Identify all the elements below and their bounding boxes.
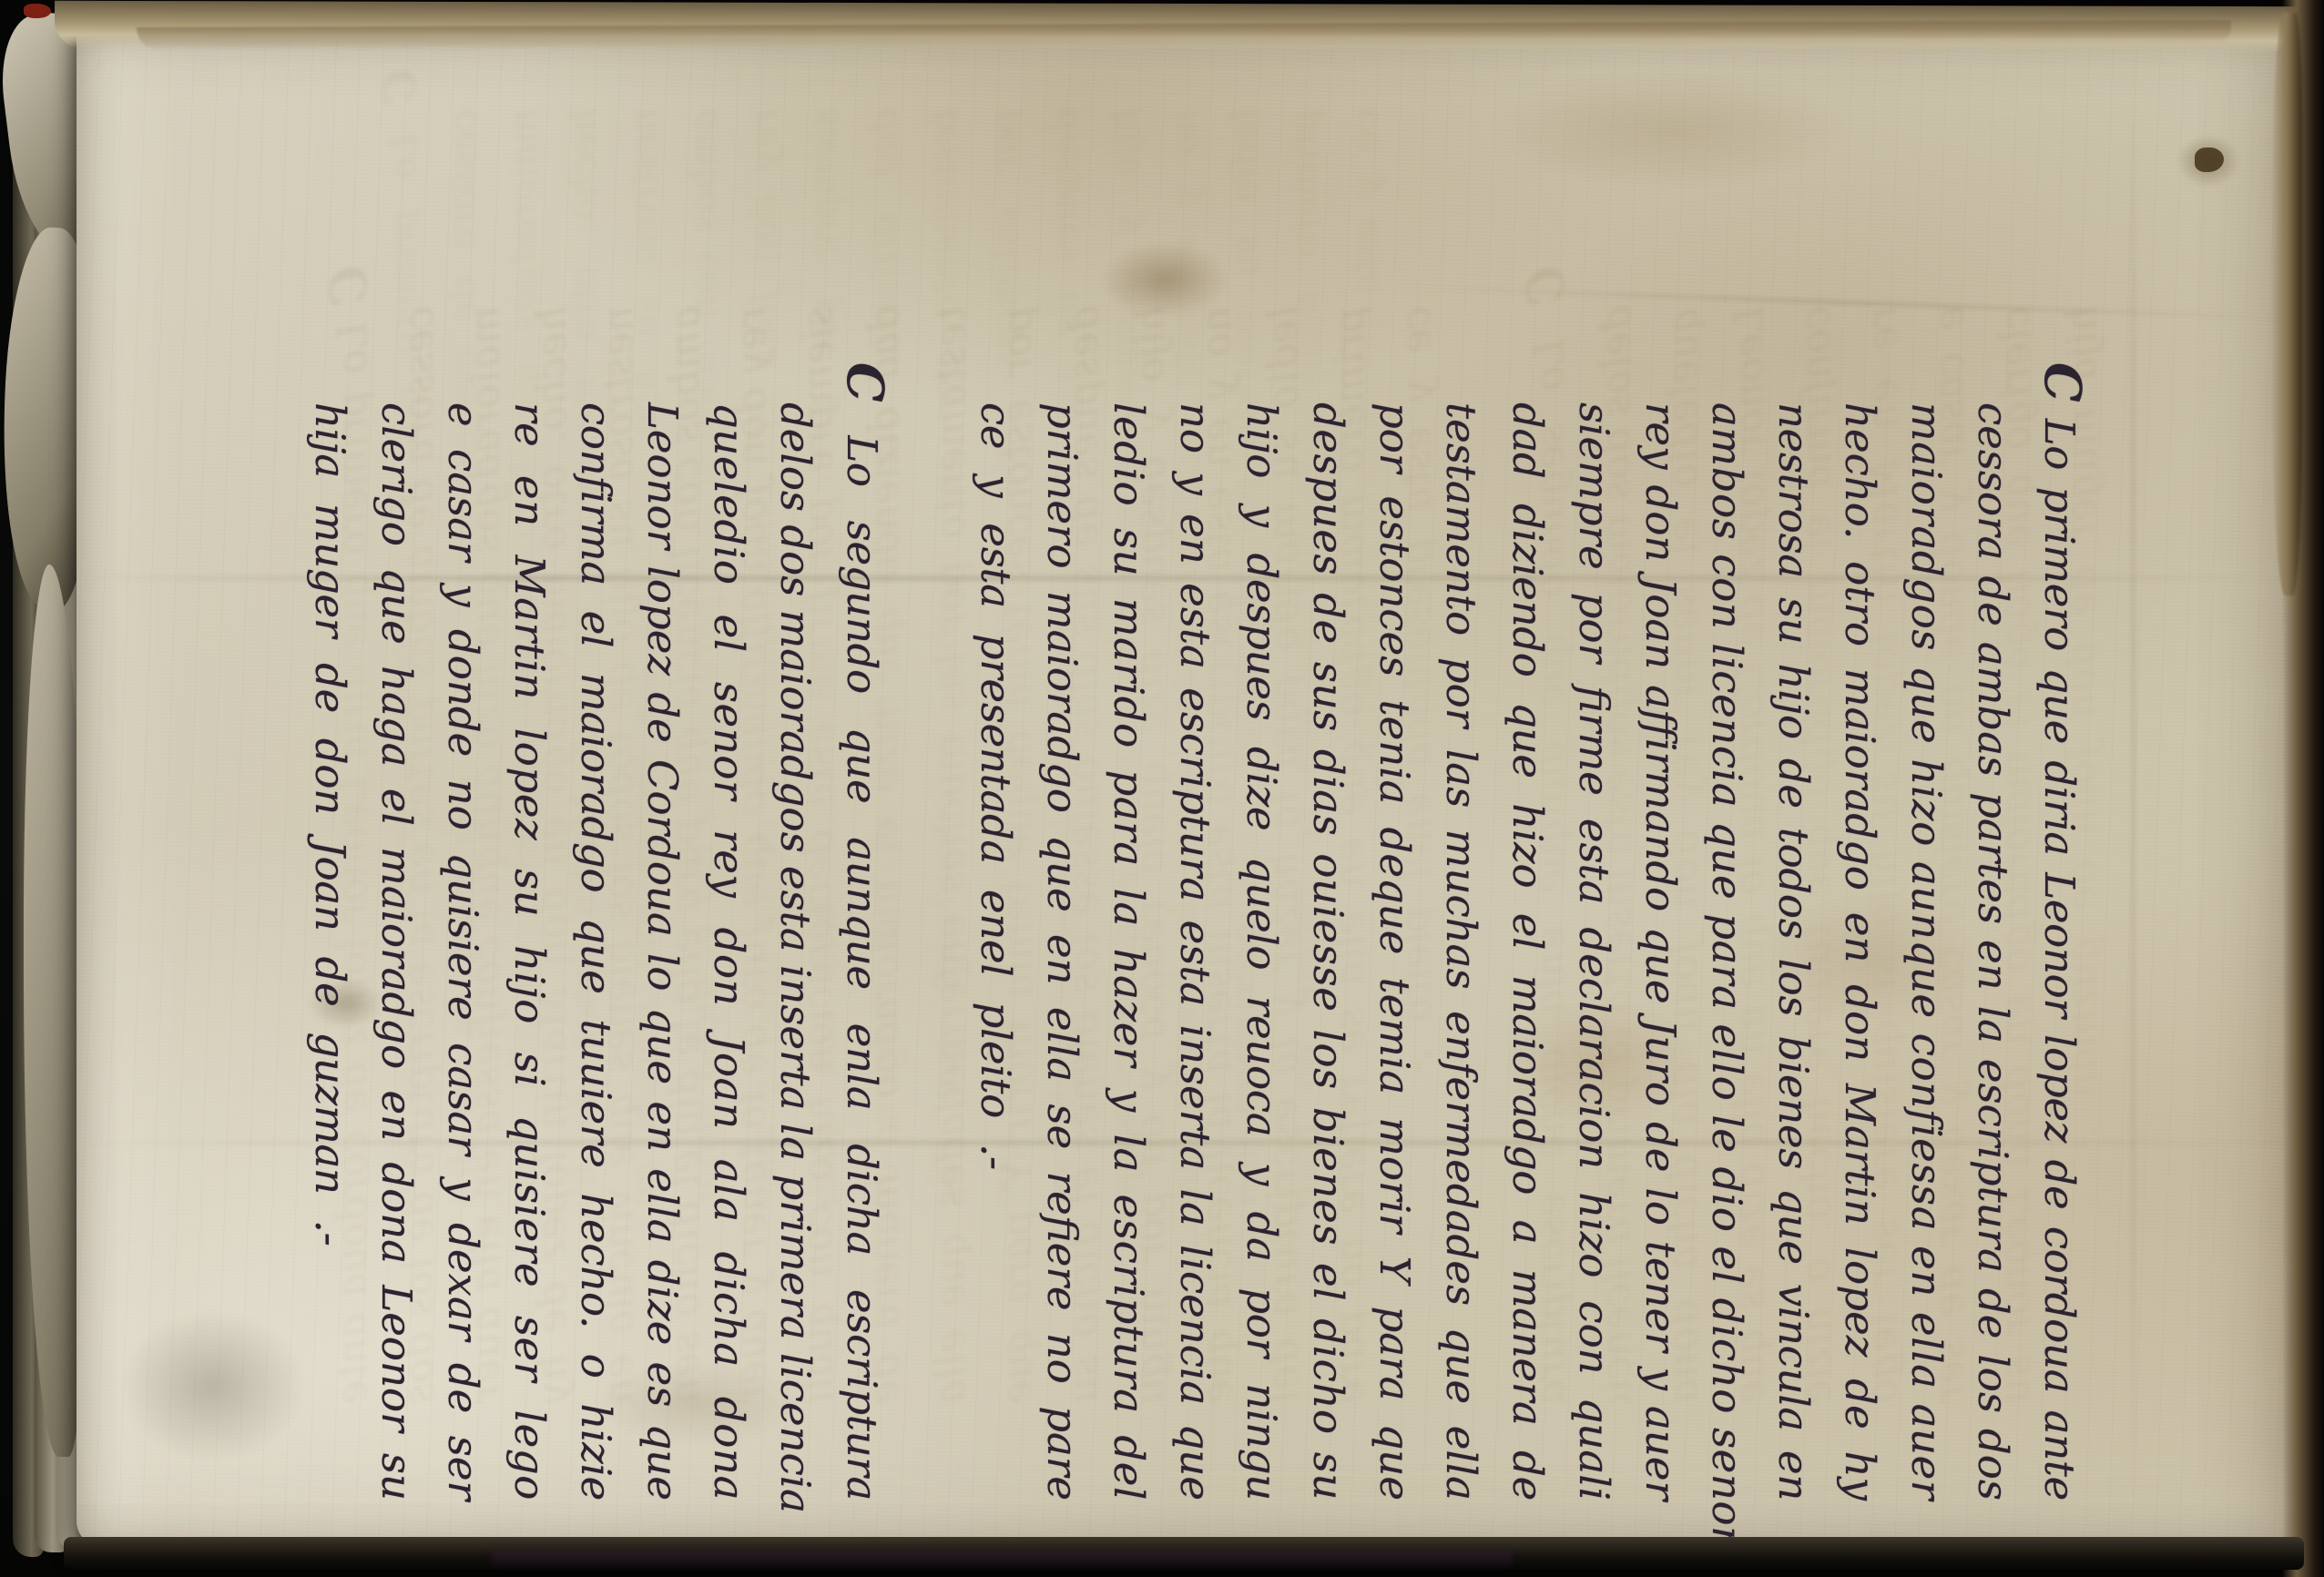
text-line: C Lo primero que diria Leonor lopez de c… — [2026, 362, 2096, 1501]
text-line: C Lo segundo que aunque enla dicha escri… — [829, 362, 899, 1501]
text-line: hijo y despues dize quelo reuoca y da po… — [1228, 402, 1295, 1501]
text-line: hija muger de don Joan de guzman .- — [297, 402, 363, 1501]
text-line: clerigo que haga el maioradgo en dona Le… — [363, 402, 430, 1501]
text-line: re en Martin lopez su hijo si quisiere s… — [496, 402, 563, 1501]
paragraph-1: C Lo primero que diria Leonor lopez de c… — [963, 362, 2096, 1501]
text-line: por estonces tenia deque temia morir Y p… — [1361, 402, 1428, 1501]
text-line: ambos con licencia que para ello le dio … — [1694, 402, 1760, 1501]
text-line: queledio el senor rey don Joan ala dicha… — [696, 402, 762, 1501]
text-line: nestrosa su hijo de todos los bienes que… — [1760, 402, 1827, 1501]
text-line: dad diziendo que hizo el maioradgo a man… — [1494, 402, 1561, 1501]
text-line: primero maioradgo que en ella se refiere… — [1029, 402, 1096, 1501]
text-line: Leonor lopez de Cordoua lo que en ella d… — [629, 402, 696, 1501]
stain — [113, 1304, 313, 1468]
manuscript-text: C Lo primero que diria Leonor lopez de c… — [297, 362, 2096, 1501]
text-line: delos dos maioradgos esta inserta la pri… — [762, 402, 829, 1501]
crease — [2131, 47, 2135, 1504]
text-line: ce y esta presentada enel pleito .- — [963, 402, 1029, 1501]
text-line: no y en esta escriptura esta inserta la … — [1162, 402, 1228, 1501]
text-line: confirma el maioradgo que tuuiere hecho.… — [563, 402, 629, 1501]
binding-tint — [492, 1552, 1512, 1572]
stain — [1479, 66, 1861, 193]
text-line: rey don Joan affirmando que Juro de lo t… — [1627, 402, 1694, 1501]
text-line: cessora de ambas partes en la escriptura… — [1960, 402, 2026, 1501]
paragraph-2: C Lo segundo que aunque enla dicha escri… — [297, 362, 899, 1501]
text-line: despues de sus dias ouiesse los bienes e… — [1295, 402, 1361, 1501]
text-line: testamento por las muchas enfermedades q… — [1428, 402, 1494, 1501]
manuscript-page: C Lo primero que diria Leonor lopez de c… — [76, 11, 2304, 1548]
text-line: siempre por firme esta declaracion hizo … — [1561, 402, 1627, 1501]
red-edge-mark — [24, 4, 51, 18]
text-line: ledio su marido para la hazer y la escri… — [1096, 402, 1162, 1501]
text-line: hecho. otro maioradgo en don Martin lope… — [1827, 402, 1893, 1501]
text-line: e casar y donde no quisiere casar y dexa… — [430, 402, 496, 1501]
right-deckle-edge — [2271, 13, 2302, 595]
text-line: maioradgos que hizo aunque confiessa en … — [1893, 402, 1960, 1501]
scan-background: C Lo primero que diria Leonor lopez de c… — [0, 0, 2324, 1577]
